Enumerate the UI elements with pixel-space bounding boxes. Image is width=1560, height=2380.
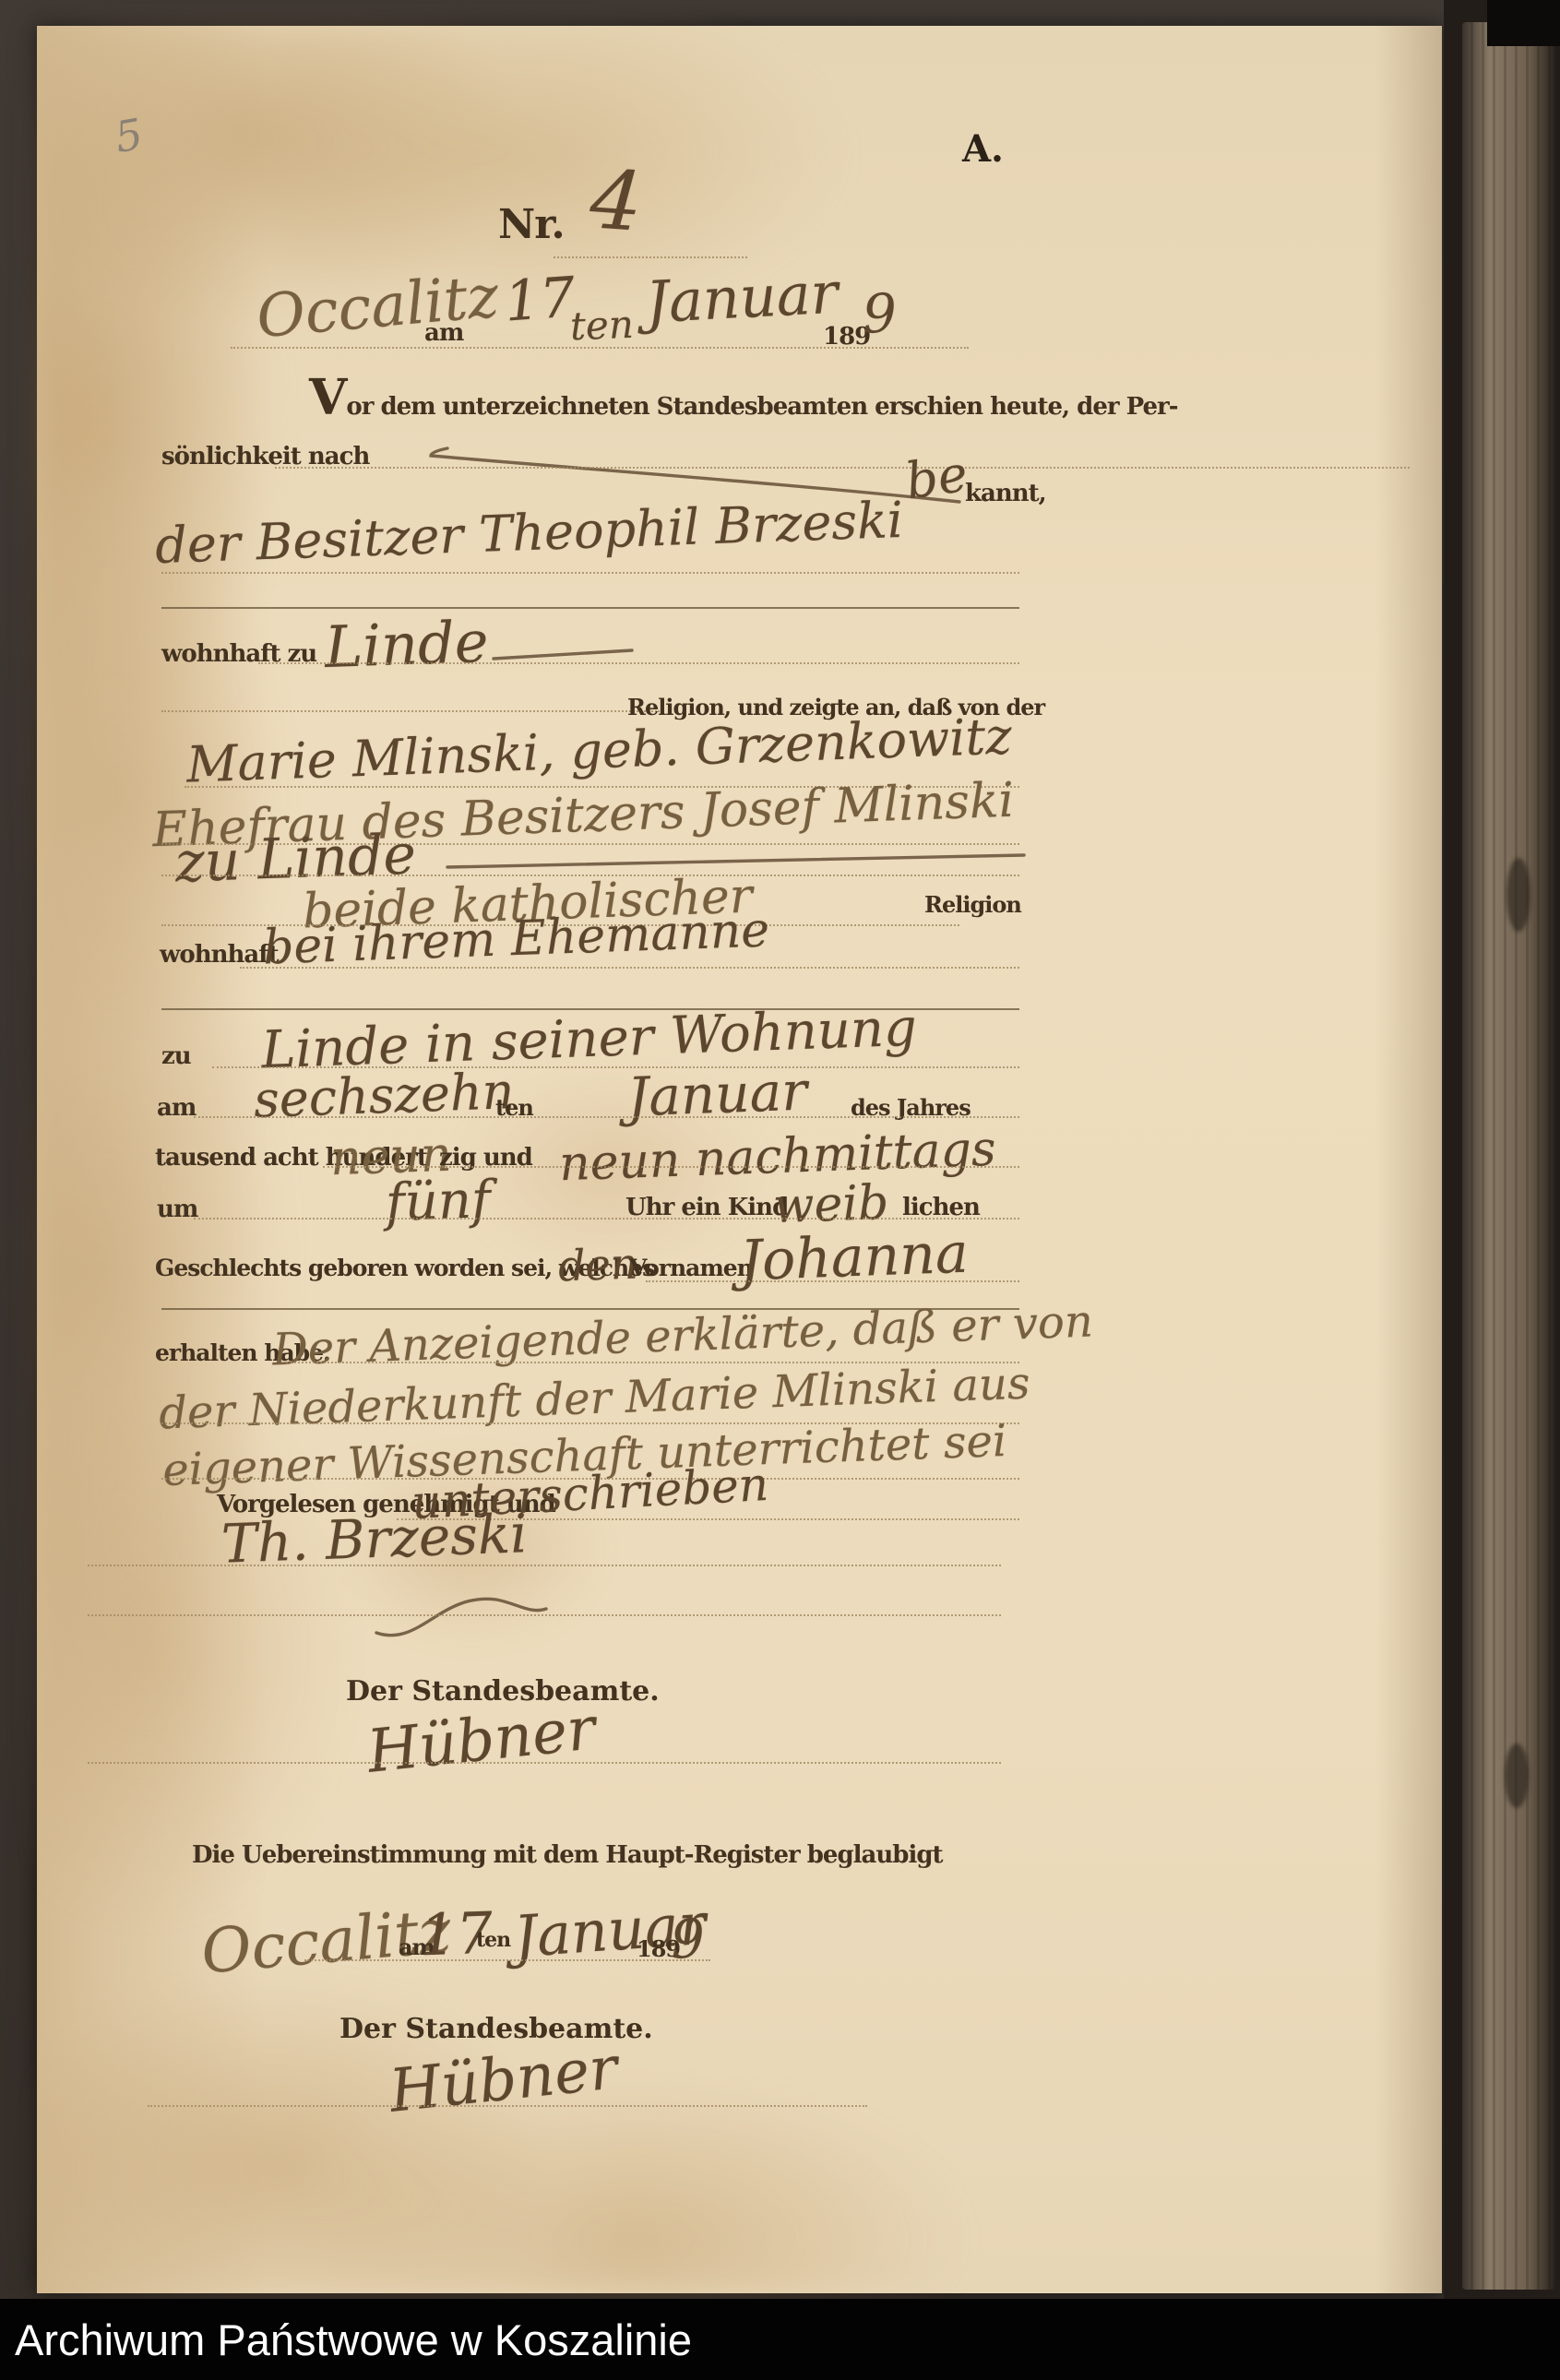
certification-line: Die Uebereinstimmung mit dem Haupt-Regis…: [192, 1841, 943, 1869]
bekannt-printed: kannt,: [965, 480, 1046, 507]
rule-registrar-signature-2: [148, 2105, 867, 2107]
rule-declarant: [161, 572, 1019, 574]
child-name-entry: Johanna: [739, 1221, 970, 1294]
header-month: Januar: [644, 259, 840, 337]
document-scan: 5 A. Nr. 4 Occalitz am 17 ten Januar 189…: [0, 0, 1560, 2380]
declarant-entry: der Besitzer Theophil Brzeski: [154, 491, 904, 575]
birth-day-entry: sechszehn: [253, 1062, 515, 1129]
record-number-value: 4: [587, 151, 645, 250]
religion-label: Religion: [924, 891, 1021, 918]
bekannt-hand: be: [902, 445, 971, 511]
rule-cert-date: [304, 1959, 710, 1961]
rule-birth-day: [194, 1116, 1019, 1118]
rule-under-number: [554, 256, 747, 258]
intro-line-1: Vor dem unterzeichneten Standesbeamten e…: [309, 393, 1178, 421]
declarant-residence-entry: Linde: [324, 608, 490, 681]
rule-residence-1: [258, 662, 1019, 664]
header-ten: ten: [569, 302, 634, 349]
scan-corner-artifact: [1487, 0, 1560, 46]
registrar-title: Der Standesbeamte.: [346, 1675, 660, 1708]
dash-after-zu-linde: [447, 855, 1024, 867]
page-block-edge: [1462, 22, 1554, 2290]
vornamen-label: Vornamen: [629, 1255, 753, 1281]
book-gutter: [1444, 0, 1560, 2380]
pencil-page-number: 5: [112, 109, 147, 162]
archive-caption: Archiwum Państwowe w Koszalinie: [15, 2315, 692, 2365]
cert-ten-label: ten: [476, 1928, 510, 1952]
den-entry: den: [557, 1239, 638, 1291]
record-number-label: Nr.: [498, 201, 565, 248]
am-label: am: [157, 1094, 196, 1122]
rule-declarant-2: [161, 607, 1019, 609]
rule-signature-1: [88, 1565, 1001, 1566]
rule-signature-2: [88, 1614, 1001, 1616]
header-day: 17: [503, 265, 578, 334]
archive-caption-bar: Archiwum Państwowe w Koszalinie: [0, 2299, 1560, 2380]
rule-registrar-signature: [88, 1762, 1001, 1764]
birth-month-entry: Januar: [626, 1060, 808, 1129]
zu-label: zu: [161, 1042, 191, 1070]
dash-after-linde: [494, 650, 632, 659]
register-page: 5 A. Nr. 4 Occalitz am 17 ten Januar 189…: [37, 26, 1442, 2293]
rule-religion: [161, 710, 660, 712]
wohnhaft-label: wohnhaft: [160, 941, 278, 969]
page-edge-streaks: [1462, 22, 1554, 2290]
rule-child-name: [646, 1280, 1019, 1282]
header-year-digit: 9: [862, 281, 898, 345]
rule-hour: [194, 1218, 1019, 1220]
rule-mother-residence: [240, 967, 1019, 969]
edge-mark-1: [1506, 858, 1530, 932]
um-label: um: [157, 1196, 197, 1223]
registrar-signature: Hübner: [364, 1695, 599, 1786]
rule-year: [323, 1166, 1019, 1168]
header-place: Occalitz: [254, 263, 501, 352]
corner-letter: A.: [962, 127, 1004, 171]
header-am-label: am: [424, 319, 463, 347]
edge-mark-2: [1505, 1743, 1529, 1808]
rule-identity: [275, 467, 1410, 469]
signature-flourish: [376, 1599, 546, 1635]
birth-hour-entry: fünf: [385, 1170, 492, 1233]
cert-year-digit: 9: [670, 1907, 706, 1970]
registrar-signature-2: Hübner: [387, 2034, 621, 2125]
page-fold-shadow: [1375, 26, 1442, 2293]
